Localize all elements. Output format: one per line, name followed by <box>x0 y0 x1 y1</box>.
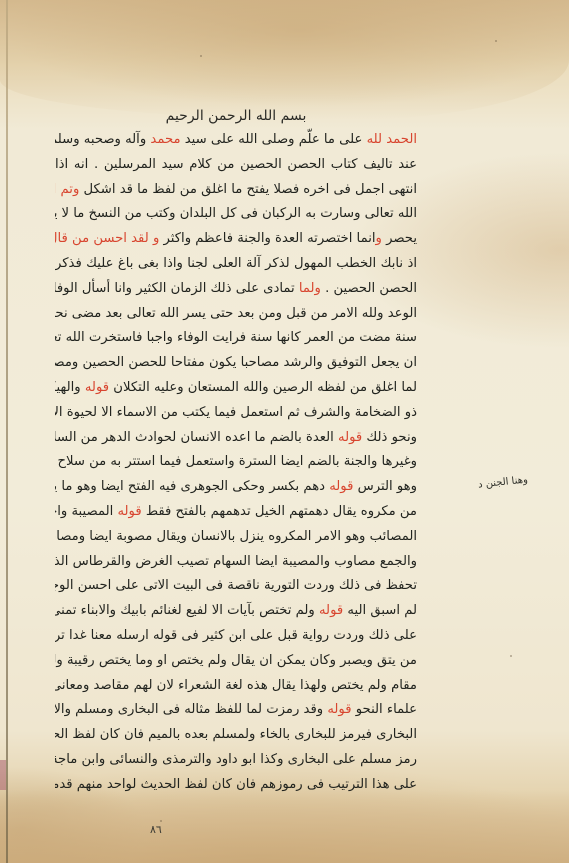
text-segment: رمز مسلم على البخارى وكذا ابو داود والتر… <box>55 752 417 767</box>
main-text-block: بسم الله الرحمن الرحيم الحمد لله على ما … <box>55 106 417 798</box>
text-line: يحصر وانما اختصرته العدة والجنة فاعظم وا… <box>55 227 417 252</box>
text-line: البخارى فيرمز للبخارى بالخاء ولمسلم بعده… <box>55 723 417 748</box>
text-line: وهو الترس قوله دهم بكسر وحكى الجوهرى فيه… <box>55 475 417 500</box>
rubric-word: قوله <box>85 380 109 395</box>
text-segment: ولم تختص بآيات الا لفيع لغنائم بابيك وال… <box>55 603 319 618</box>
text-segment: ان يجعل التوفيق والرشد مصاحبا يكون مفتاح… <box>55 355 417 370</box>
ink-speck <box>510 655 512 657</box>
rubric-word: ولما <box>299 281 321 296</box>
text-segment: المصيبة واحدة <box>55 504 117 519</box>
text-segment: على ذلك وردت رواية قبل على ابن كثير فى ق… <box>55 628 417 643</box>
rubric-word: قوله <box>117 504 141 519</box>
text-line: ونحو ذلك قوله العدة بالضم ما اعده الانسا… <box>55 426 417 451</box>
text-segment: سنة مضت من العمر كانها سنة فرايت الوفاء … <box>55 330 417 345</box>
text-segment: على هذا الترتيب فى رموزهم فان كان لفظ ال… <box>55 777 417 792</box>
text-segment: اذ نابك الخطب المهول لذكر آلة العلى لجنا… <box>55 256 417 271</box>
text-segment: وغيرها والجنة بالضم ايضا السترة واستعمل … <box>55 454 417 469</box>
text-segment: والهيكل هو <box>55 380 85 395</box>
rubric-word: وتم انتهى <box>55 182 79 197</box>
text-line: من يتق ويصبر وكان يمكن ان يقال ولم يختص … <box>55 649 417 674</box>
text-line: مقام ولم يختص ولهذا يقال هذه لغة الشعراء… <box>55 674 417 699</box>
text-segment: مقام ولم يختص ولهذا يقال هذه لغة الشعراء… <box>55 678 417 693</box>
text-line: الحمد لله على ما علّم وصلى الله على سيد … <box>55 128 417 153</box>
text-segment: ذو الضخامة والشرف ثم استعمل فيما يكتب من… <box>55 405 417 420</box>
text-segment: تحفظ فى ذلك وردت التورية ناقصة فى البيت … <box>55 578 417 593</box>
rubric-word: و لقد احسن من قال فيه <box>55 231 159 246</box>
text-line: المصائب وهو الامر المكروه ينزل بالانسان … <box>55 525 417 550</box>
text-line: الوعد ولله الامر من قبل ومن بعد حتى يسر … <box>55 302 417 327</box>
folio-number: ٨٦ <box>150 823 162 836</box>
text-segment: العدة بالضم ما اعده الانسان لحوادث الدهر… <box>55 430 338 445</box>
text-segment: والجمع مصاوب والمصيبة ايضا السهام تصيب ا… <box>55 554 417 569</box>
text-lines: الحمد لله على ما علّم وصلى الله على سيد … <box>55 128 417 798</box>
text-line: لم اسبق اليه قوله ولم تختص بآيات الا لفي… <box>55 599 417 624</box>
text-line: الحصن الحصين . ولما تمادى على ذلك الزمان… <box>55 277 417 302</box>
text-line: ذو الضخامة والشرف ثم استعمل فيما يكتب من… <box>55 401 417 426</box>
text-line: انتهى اجمل فى اخره فصلا يفتح ما اغلق من … <box>55 178 417 203</box>
text-line: والجمع مصاوب والمصيبة ايضا السهام تصيب ا… <box>55 550 417 575</box>
manuscript-page: بسم الله الرحمن الرحيم الحمد لله على ما … <box>0 0 569 863</box>
text-segment: يحصر <box>382 231 417 246</box>
text-segment: تمادى على ذلك الزمان الكثير وانا أسأل ال… <box>55 281 299 296</box>
text-segment: الحصن الحصين . <box>321 281 417 296</box>
text-segment: لم اسبق اليه <box>343 603 417 618</box>
text-segment: دهم بكسر وحكى الجوهرى فيه الفتح ايضا وهو… <box>55 479 329 494</box>
text-segment: وهو الترس <box>353 479 417 494</box>
text-line: على هذا الترتيب فى رموزهم فان كان لفظ ال… <box>55 773 417 798</box>
text-line: على ذلك وردت رواية قبل على ابن كثير فى ق… <box>55 624 417 649</box>
text-segment: ونحو ذلك <box>362 430 417 445</box>
text-segment: البخارى فيرمز للبخارى بالخاء ولمسلم بعده… <box>55 727 417 742</box>
text-segment: المصائب وهو الامر المكروه ينزل بالانسان … <box>55 529 417 544</box>
basmala-heading: بسم الله الرحمن الرحيم <box>55 106 417 126</box>
text-segment: علماء النحو <box>352 702 417 717</box>
text-segment: انما اختصرته العدة والجنة فاعظم واكثر <box>159 231 375 246</box>
text-line: تحفظ فى ذلك وردت التورية ناقصة فى البيت … <box>55 574 417 599</box>
text-line: من مكروه يقال دهمتهم الخيل تدهمهم بالفتح… <box>55 500 417 525</box>
text-line: اذ نابك الخطب المهول لذكر آلة العلى لجنا… <box>55 252 417 277</box>
water-stain-bottom <box>0 790 569 863</box>
text-segment: الله تعالى وسارت به الركبان فى كل البلدا… <box>55 206 417 221</box>
text-segment: عند تاليف كتاب الحصن الحصين من كلام سيد … <box>55 157 417 172</box>
text-line: الله تعالى وسارت به الركبان فى كل البلدا… <box>55 202 417 227</box>
text-line: سنة مضت من العمر كانها سنة فرايت الوفاء … <box>55 326 417 351</box>
rubric-word: قوله <box>338 430 362 445</box>
rubric-word: قوله <box>329 479 353 494</box>
binding-edge <box>6 0 8 863</box>
text-segment: وقد رمزت لما للفظ مثاله فى البخارى ومسلم… <box>55 702 327 717</box>
text-line: لما اغلق من لفظه الرصين والله المستعان و… <box>55 376 417 401</box>
marginal-note: وهنا الجنن د <box>478 474 529 490</box>
rubric-word: قوله <box>319 603 343 618</box>
rubric-word: الحمد لله <box>367 132 417 147</box>
water-stain-top <box>0 0 569 120</box>
ink-speck <box>200 55 202 57</box>
text-line: عند تاليف كتاب الحصن الحصين من كلام سيد … <box>55 153 417 178</box>
text-segment: لما اغلق من لفظه الرصين والله المستعان و… <box>109 380 417 395</box>
text-segment: انتهى اجمل فى اخره فصلا يفتح ما اغلق من … <box>79 182 417 197</box>
text-segment: من يتق ويصبر وكان يمكن ان يقال ولم يختص … <box>55 653 417 668</box>
text-segment: وآله وصحبه وسلم <box>55 132 150 147</box>
ink-speck <box>495 40 497 42</box>
text-segment: على ما علّم وصلى الله على سيد <box>181 132 367 147</box>
text-line: رمز مسلم على البخارى وكذا ابو داود والتر… <box>55 748 417 773</box>
rubric-word: محمد <box>150 132 180 147</box>
rubric-word: قوله <box>327 702 351 717</box>
text-line: علماء النحو قوله وقد رمزت لما للفظ مثاله… <box>55 698 417 723</box>
binding-mark <box>0 760 6 790</box>
text-line: وغيرها والجنة بالضم ايضا السترة واستعمل … <box>55 450 417 475</box>
ink-speck <box>160 820 162 822</box>
text-line: ان يجعل التوفيق والرشد مصاحبا يكون مفتاح… <box>55 351 417 376</box>
text-segment: من مكروه يقال دهمتهم الخيل تدهمهم بالفتح… <box>142 504 417 519</box>
text-segment: الوعد ولله الامر من قبل ومن بعد حتى يسر … <box>55 306 417 321</box>
